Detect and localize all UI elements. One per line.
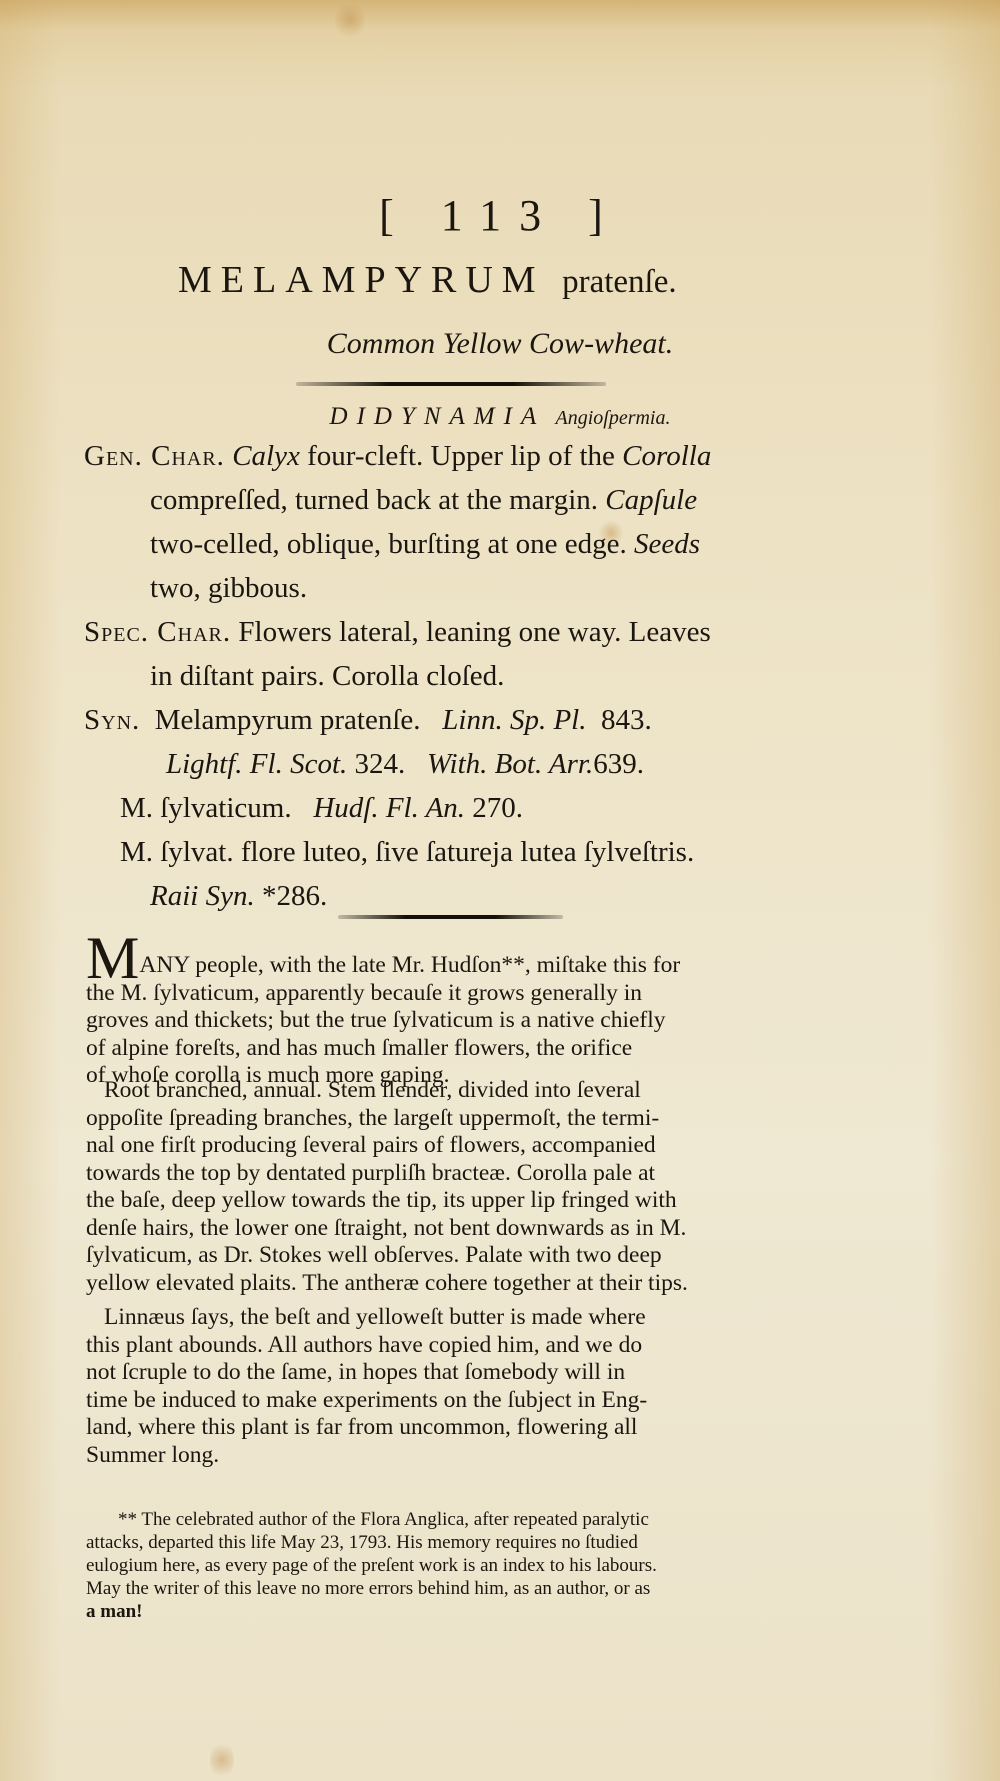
syn-label: Syn. [84, 704, 140, 736]
common-name: Common Yellow Cow-wheat. [0, 327, 1000, 361]
foxing-stain [335, 0, 365, 40]
body-paragraph-2: Root branched, annual. Stem ſlender, div… [86, 1077, 806, 1297]
synonymy: Syn. Melampyrum pratenſe. Linn. Sp. Pl. … [84, 698, 652, 742]
page-number: [ 113 ] [0, 190, 1000, 241]
divider-rule [338, 915, 563, 919]
order-name: Angioſpermia. [555, 407, 670, 429]
divider-rule [296, 382, 606, 386]
body-paragraph-1: MANY people, with the late Mr. Hudſon**,… [86, 938, 806, 1090]
book-page: [ 113 ] MELAMPYRUM pratenſe. Common Yell… [0, 0, 1000, 1781]
synonym-line: M. ſylvaticum. Hudſ. Fl. An. 270. [120, 786, 523, 830]
synonym-line: M. ſylvat. flore luteo, ſive ſatureja lu… [120, 830, 694, 874]
generic-character-line: two, gibbous. [150, 566, 307, 610]
gen-char-label: Gen. Char. [84, 440, 225, 472]
synonym-line: Lightf. Fl. Scot. 324. With. Bot. Arr.63… [166, 742, 644, 786]
footnote: ** The celebrated author of the Flora An… [86, 1508, 806, 1623]
linnaean-classification: DIDYNAMIA Angioſpermia. [0, 403, 1000, 431]
genus-name: MELAMPYRUM [178, 259, 545, 301]
generic-character-line: compreſſed, turned back at the margin. C… [150, 478, 697, 522]
spec-char-label: Spec. Char. [84, 616, 231, 648]
specific-character-line: in diſtant pairs. Corolla cloſed. [150, 654, 504, 698]
specific-character: Spec. Char. Flowers lateral, leaning one… [84, 610, 711, 654]
generic-character: Gen. Char. Calyx four-cleft. Upper lip o… [84, 434, 711, 478]
foxing-stain [210, 1740, 234, 1780]
body-paragraph-3: Linnæus ſays, the beſt and yelloweſt but… [86, 1304, 806, 1469]
species-epithet: pratenſe. [562, 264, 677, 300]
class-name: DIDYNAMIA [330, 403, 546, 430]
synonym-line: Raii Syn. *286. [150, 874, 327, 918]
generic-character-line: two-celled, oblique, burſting at one edg… [150, 522, 700, 566]
species-title: MELAMPYRUM pratenſe. [178, 258, 677, 302]
